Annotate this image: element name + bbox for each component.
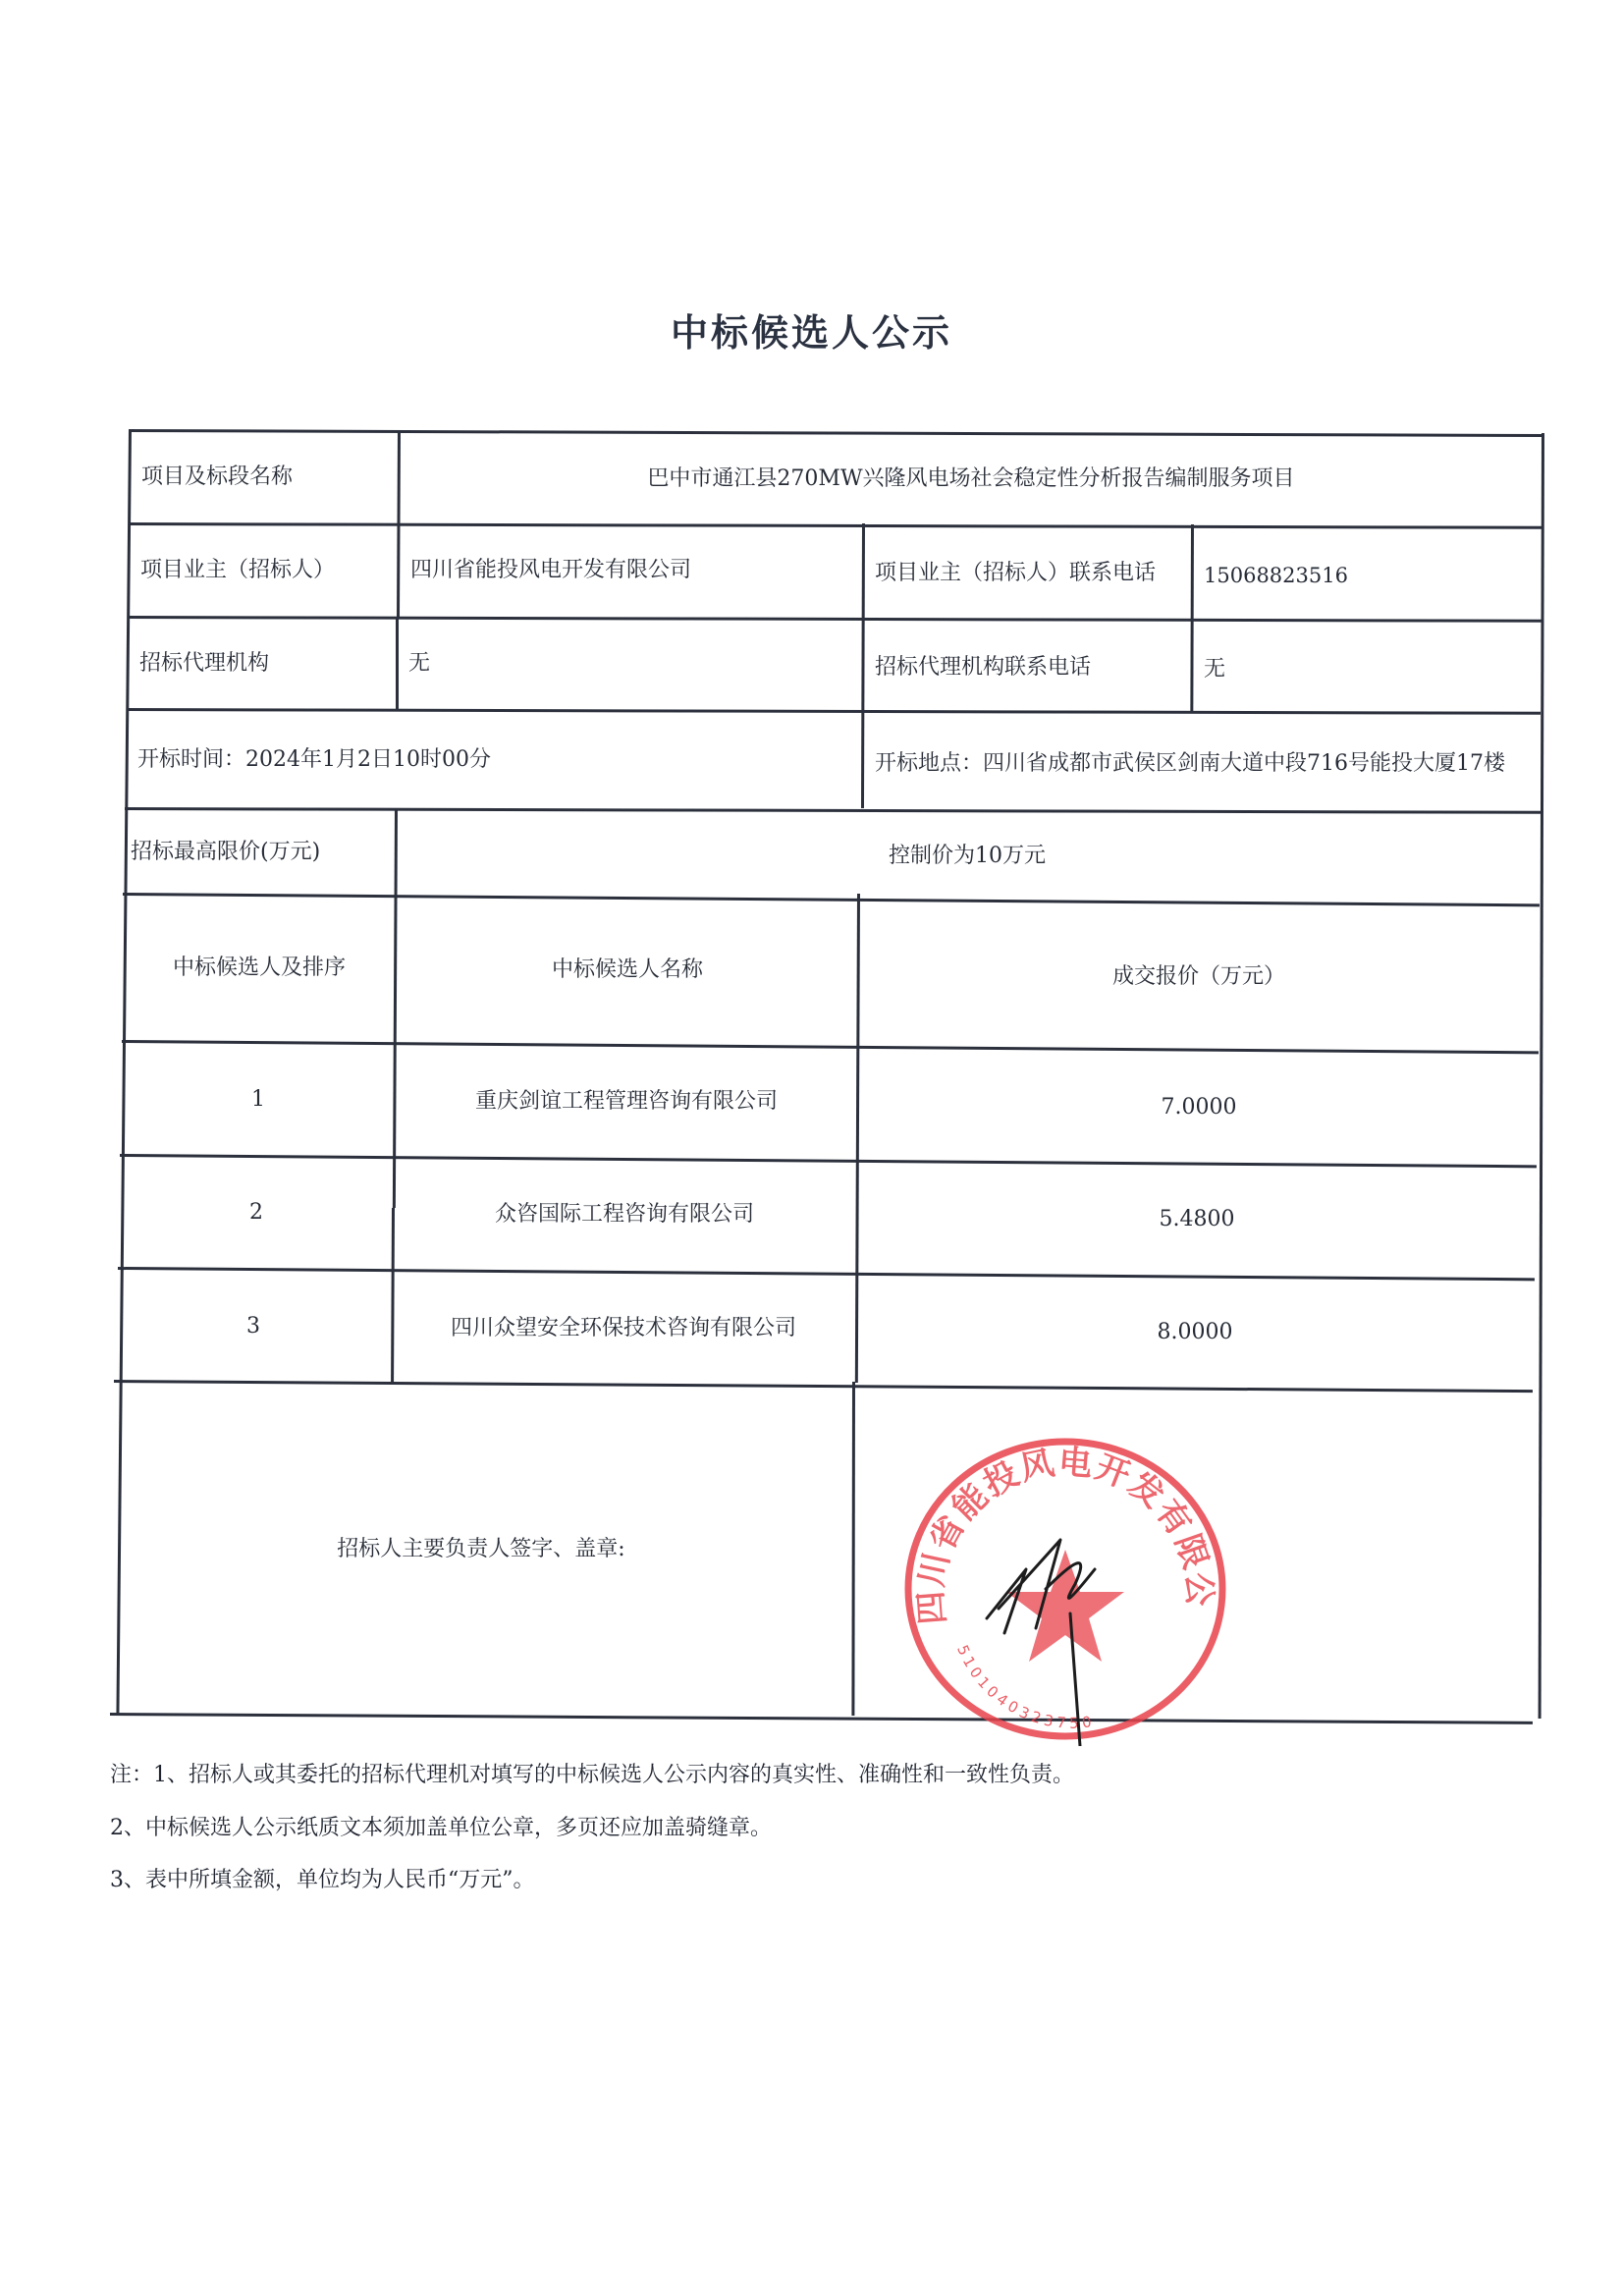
price-cell: 5.4800: [858, 1164, 1536, 1275]
agency-value: 无: [399, 619, 858, 709]
seal-icon: 四川省能投风电开发有限公司 5101040323750: [889, 1422, 1242, 1746]
rank-cell: 3: [118, 1271, 389, 1382]
header-candidate-name: 中标候选人名称: [398, 898, 857, 1043]
grid-line: [110, 1713, 1533, 1724]
owner-label: 项目业主（招标人）: [131, 525, 394, 616]
owner-value: 四川省能投风电开发有限公司: [401, 525, 860, 616]
page-title: 中标候选人公示: [0, 302, 1623, 356]
header-rank: 中标候选人及排序: [125, 896, 394, 1041]
rank-cell: 1: [124, 1043, 393, 1156]
price-cell: 7.0000: [860, 1051, 1538, 1164]
owner-phone-value: 15068823516: [1194, 530, 1540, 621]
project-name-value: 巴中市通江县270MW兴隆风电场社会稳定性分析报告编制服务项目: [403, 434, 1540, 524]
signature-label: 招标人主要负责人签字、盖章:: [112, 1385, 850, 1714]
note-2: 2、中标候选人公示纸质文本须加盖单位公章，多页还应加盖骑缝章。: [110, 1811, 772, 1841]
header-price: 成交报价（万元）: [860, 903, 1538, 1051]
open-place: 开标地点：四川省成都市武侯区剑南大道中段716号能投大厦17楼: [865, 715, 1542, 811]
max-price-label: 招标最高限价(万元): [125, 811, 392, 894]
rank-cell: 2: [122, 1157, 391, 1268]
max-price-value: 控制价为10万元: [398, 815, 1537, 898]
agency-phone-label: 招标代理机构联系电话: [865, 623, 1189, 713]
note-1: 注：1、招标人或其委托的招标代理机对填写的中标候选人公示内容的真实性、准确性和一…: [110, 1758, 1074, 1788]
price-cell: 8.0000: [856, 1277, 1534, 1388]
project-name-label: 项目及标段名称: [132, 432, 395, 522]
grid-line: [851, 1382, 855, 1716]
owner-phone-label: 项目业主（招标人）联系电话: [865, 528, 1189, 619]
candidate-name-cell: 众咨国际工程咨询有限公司: [394, 1159, 855, 1270]
open-time: 开标时间：2024年1月2日10时00分: [128, 712, 859, 808]
note-3: 3、表中所填金额，单位均为人民币“万元”。: [110, 1863, 535, 1893]
candidate-name-cell: 重庆剑谊工程管理咨询有限公司: [396, 1045, 857, 1158]
candidate-name-cell: 四川众望安全环保技术咨询有限公司: [392, 1273, 855, 1384]
agency-label: 招标代理机构: [130, 619, 393, 709]
agency-phone-value: 无: [1194, 625, 1540, 715]
official-seal: 四川省能投风电开发有限公司 5101040323750: [889, 1422, 1242, 1746]
